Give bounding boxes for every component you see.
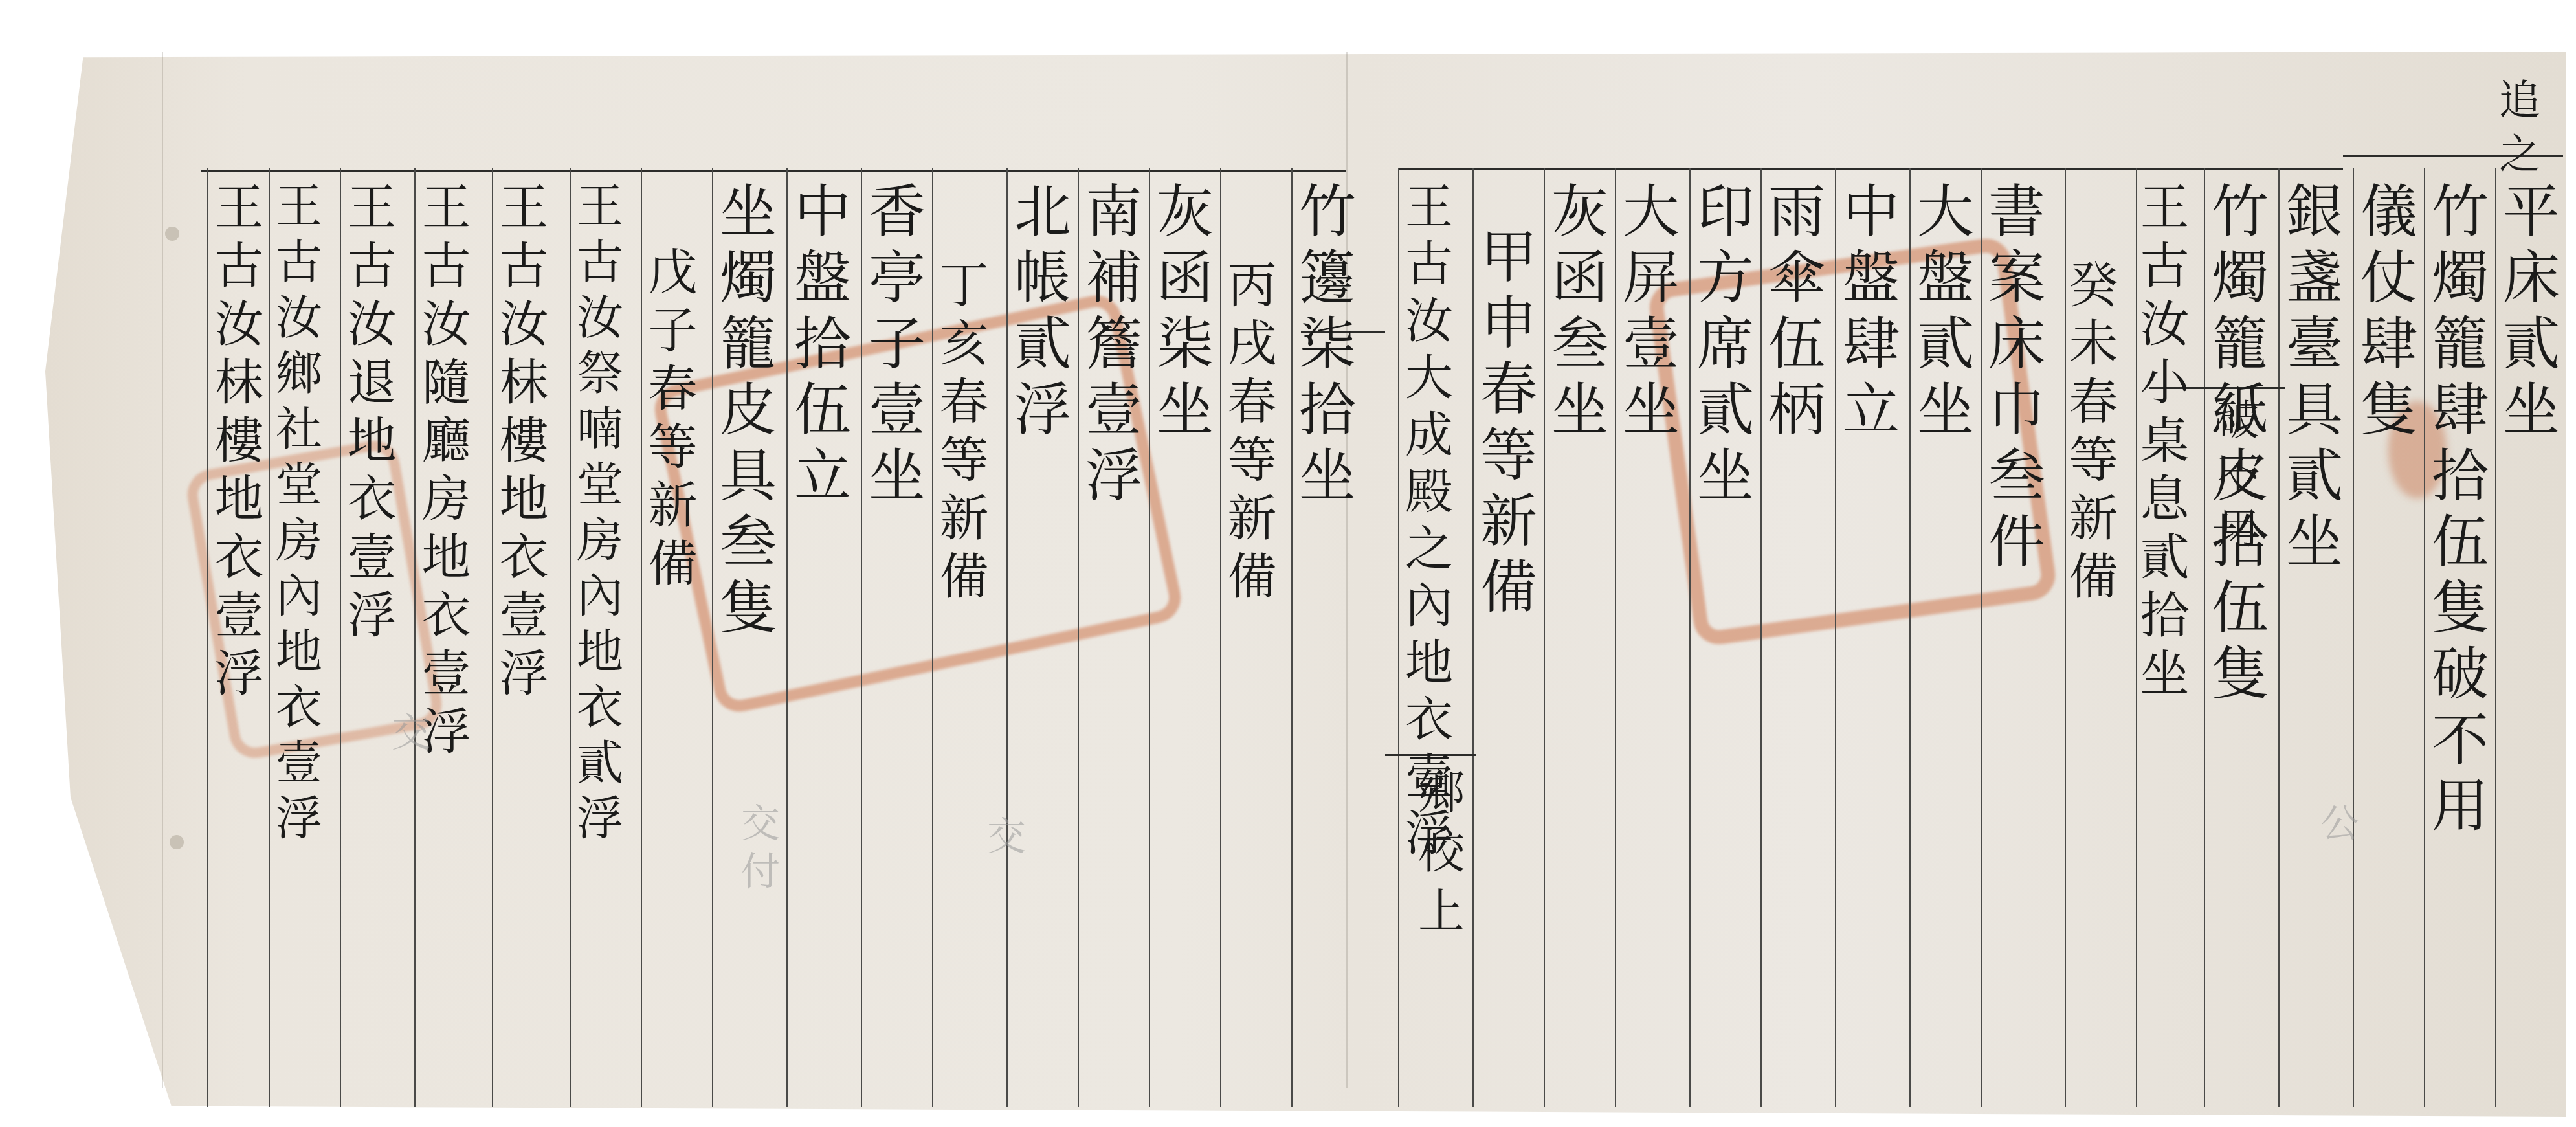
entry-column: 平床貳坐 [2498,181,2555,445]
faint-annotation: 交 [388,712,427,760]
entry-column: 甲申春等新備 [1476,227,1533,623]
entry-column: 印方席貳坐 [1693,181,1749,511]
binding-fold [162,52,163,1088]
faint-annotation: 交付 [738,803,777,898]
binding-hole [170,835,184,849]
entry-column: 戊子春等新備 [644,246,693,596]
binding-hole [165,227,179,241]
entry-column: 王古汝枺樓地衣壹浮 [495,181,544,706]
entry-column: 王古汝小桌息貳拾坐 [2136,181,2185,706]
entry-column: 癸未春等新備 [2065,259,2114,608]
entry-column: 書案床巾叁件 [1984,181,2041,577]
ruled-top-line [1398,168,2343,170]
margin-note: 追之 [2495,78,2537,186]
entry-column: 中盤拾伍立 [790,181,847,511]
entry-column: 灰函柒坐 [1152,181,1209,445]
entry-column: 丙戌春等新備 [1223,259,1272,608]
entry-column: 丁亥春等新備 [935,259,984,608]
entry-column: 香亭子壹坐 [864,181,921,511]
entry-column: 灰函叁坐 [1547,181,1604,445]
entry-column: 竹籩柒拾坐 [1294,181,1351,511]
entry-column: 竹燭籠肆拾伍隻破不用 [2427,181,2484,842]
entry-column: 儀仗肆隻 [2356,181,2413,445]
entry-column: 王古汝隨廳房地衣壹浮 [417,181,467,764]
entry-note: 鄉校上 [1414,767,1461,946]
entry-column: 王古汝退地衣壹浮 [343,181,392,647]
entry-column: 王古汝枺樓地衣壹浮 [210,181,260,706]
entry-column: 大盤貳坐 [1913,181,1970,445]
entry-column: 中盤肆立 [1838,181,1895,445]
entry-column: 北帳貳浮 [1010,181,1067,445]
entry-column: 南補簷壹浮 [1081,181,1138,511]
faint-annotation: 公 [2317,803,2356,851]
entry-column: 銀盞臺具貳坐 [2282,181,2338,577]
ruled-top-line [201,170,1346,172]
entry-column: 王古汝鄉社堂房內地衣壹浮 [272,181,318,849]
entry-column: 王古汝祭喃堂房內地衣貳浮 [573,181,619,849]
entry-column: 大屏壹坐 [1618,181,1675,445]
entry-column: 雨傘伍柄 [1764,181,1821,445]
entry-column: 坐燭籠皮具叁隻 [715,181,772,643]
entry-note: 破不用 [2214,398,2255,561]
faint-annotation: 交 [984,816,1023,864]
entry-column: 王古汝大成殿之內地衣壹浮 [1401,181,1449,865]
